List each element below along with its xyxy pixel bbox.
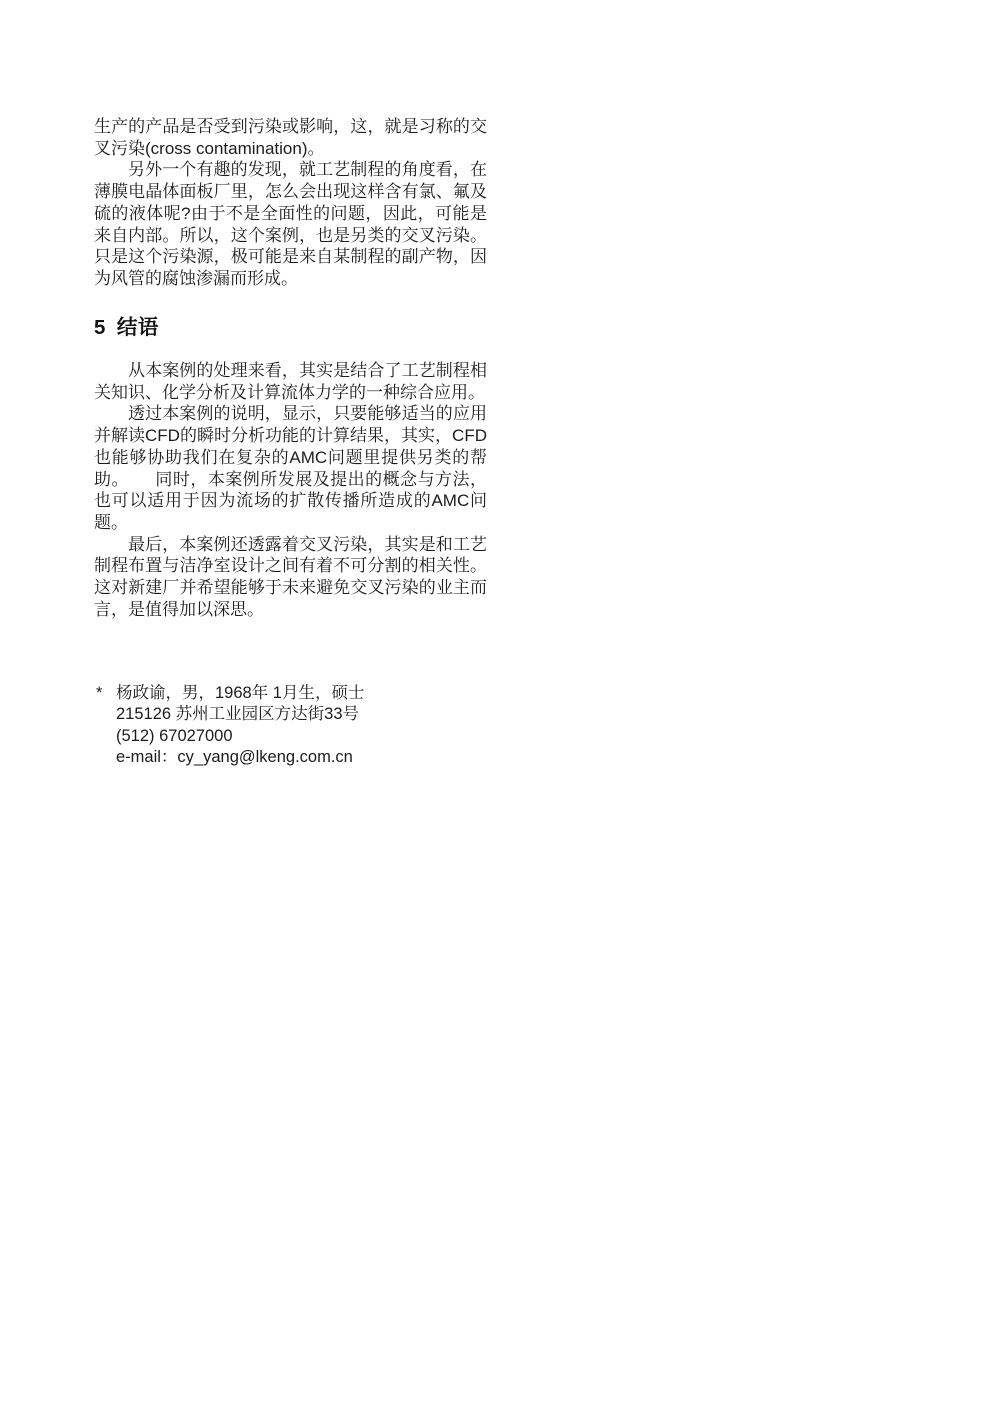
author-bio-line: 杨政谕，男，1968年 1月生，硕士 [116, 683, 476, 704]
section-text-block: 从本案例的处理来看，其实是结合了工艺制程相关知识、化学分析及计算流体力学的一种综… [94, 360, 487, 620]
author-address-line: 215126 苏州工业园区方达街33号 [116, 704, 476, 725]
paragraph: 另外一个有趣的发现，就工艺制程的角度看，在薄膜电晶体面板厂里，怎么会出现这样含有… [94, 159, 487, 289]
paragraph-continuation: 生产的产品是否受到污染或影响，这，就是习称的交叉污染(cross contami… [94, 116, 487, 159]
paragraph: 最后，本案例还透露着交叉污染，其实是和工艺制程布置与洁净室设计之间有着不可分割的… [94, 534, 487, 621]
paragraph: 从本案例的处理来看，其实是结合了工艺制程相关知识、化学分析及计算流体力学的一种综… [94, 360, 487, 403]
footnote-marker: * [96, 683, 116, 769]
section-number: 5 [94, 316, 106, 339]
section-heading: 5结语 [94, 315, 159, 341]
author-phone-line: (512) 67027000 [116, 726, 476, 747]
author-email-line: e-mail：cy_yang@lkeng.com.cn [116, 747, 476, 768]
footnote-lines: 杨政谕，男，1968年 1月生，硕士 215126 苏州工业园区方达街33号 (… [116, 683, 476, 769]
document-page: 生产的产品是否受到污染或影响，这，就是习称的交叉污染(cross contami… [0, 0, 1000, 1414]
author-footnote: * 杨政谕，男，1968年 1月生，硕士 215126 苏州工业园区方达街33号… [96, 683, 476, 769]
paragraph: 透过本案例的说明，显示，只要能够适当的应用并解读CFD的瞬时分析功能的计算结果，… [94, 403, 487, 533]
body-text-block: 生产的产品是否受到污染或影响，这，就是习称的交叉污染(cross contami… [94, 116, 487, 290]
section-title: 结语 [117, 316, 159, 339]
